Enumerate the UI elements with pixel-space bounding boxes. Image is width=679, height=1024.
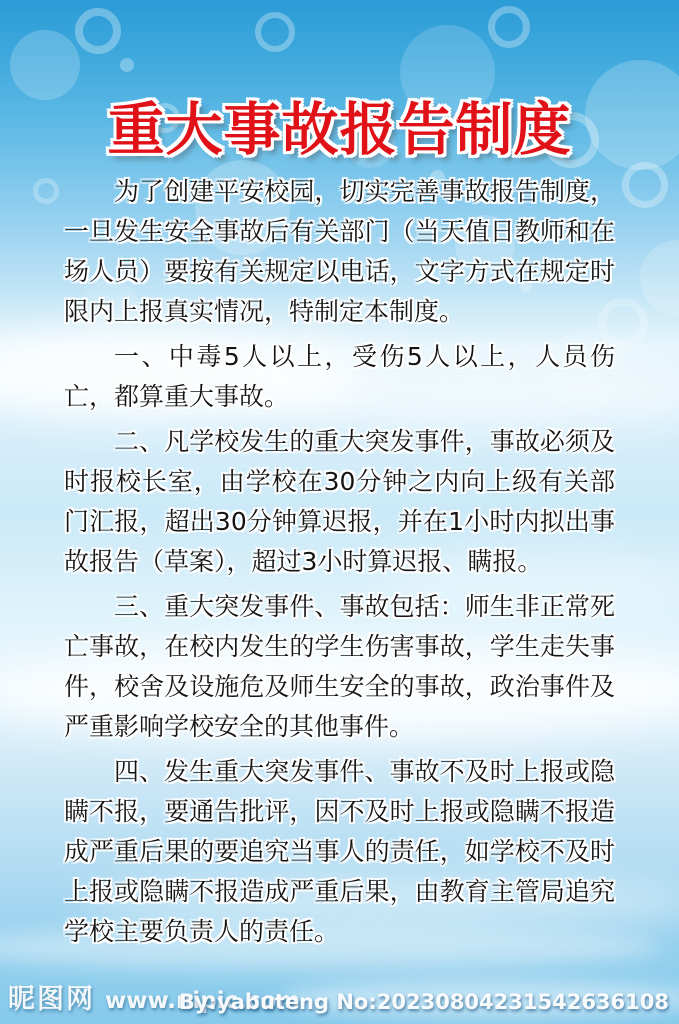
site-logo: 昵图网 [8,977,95,1016]
bubble-ring-icon [75,8,121,54]
bubble-ring-icon [33,178,59,204]
bubble-icon [120,58,134,72]
bubble-ring-icon [488,6,530,48]
poster-background: 重大事故报告制度 为了创建平安校园，切实完善事故报告制度，一旦发生安全事故后有关… [0,0,679,1024]
bubble-ring-icon [622,162,668,208]
bubble-icon [640,240,679,315]
paragraph: 为了创建平安校园，切实完善事故报告制度，一旦发生安全事故后有关部门（当天值日教师… [64,172,615,332]
paragraph: 四、发生重大突发事件、事故不及时上报或隐瞒不报，要通告批评，因不及时上报或隐瞒不… [64,752,615,952]
page-title: 重大事故报告制度 [0,84,679,166]
credit-watermark: By:yabuteng No:20230804231542636108 [179,990,669,1014]
paragraph: 一、中毒5人以上，受伤5人以上，人员伤亡，都算重大事故。 [64,337,615,417]
body-text: 为了创建平安校园，切实完善事故报告制度，一旦发生安全事故后有关部门（当天值日教师… [64,172,615,957]
paragraph: 二、凡学校发生的重大突发事件，事故必须及时报校长室，由学校在30分钟之内向上级有… [64,422,615,582]
bubble-ring-icon [255,12,295,52]
paragraph: 三、重大突发事件、事故包括：师生非正常死亡事故，在校内发生的学生伤害事故，学生走… [64,587,615,747]
